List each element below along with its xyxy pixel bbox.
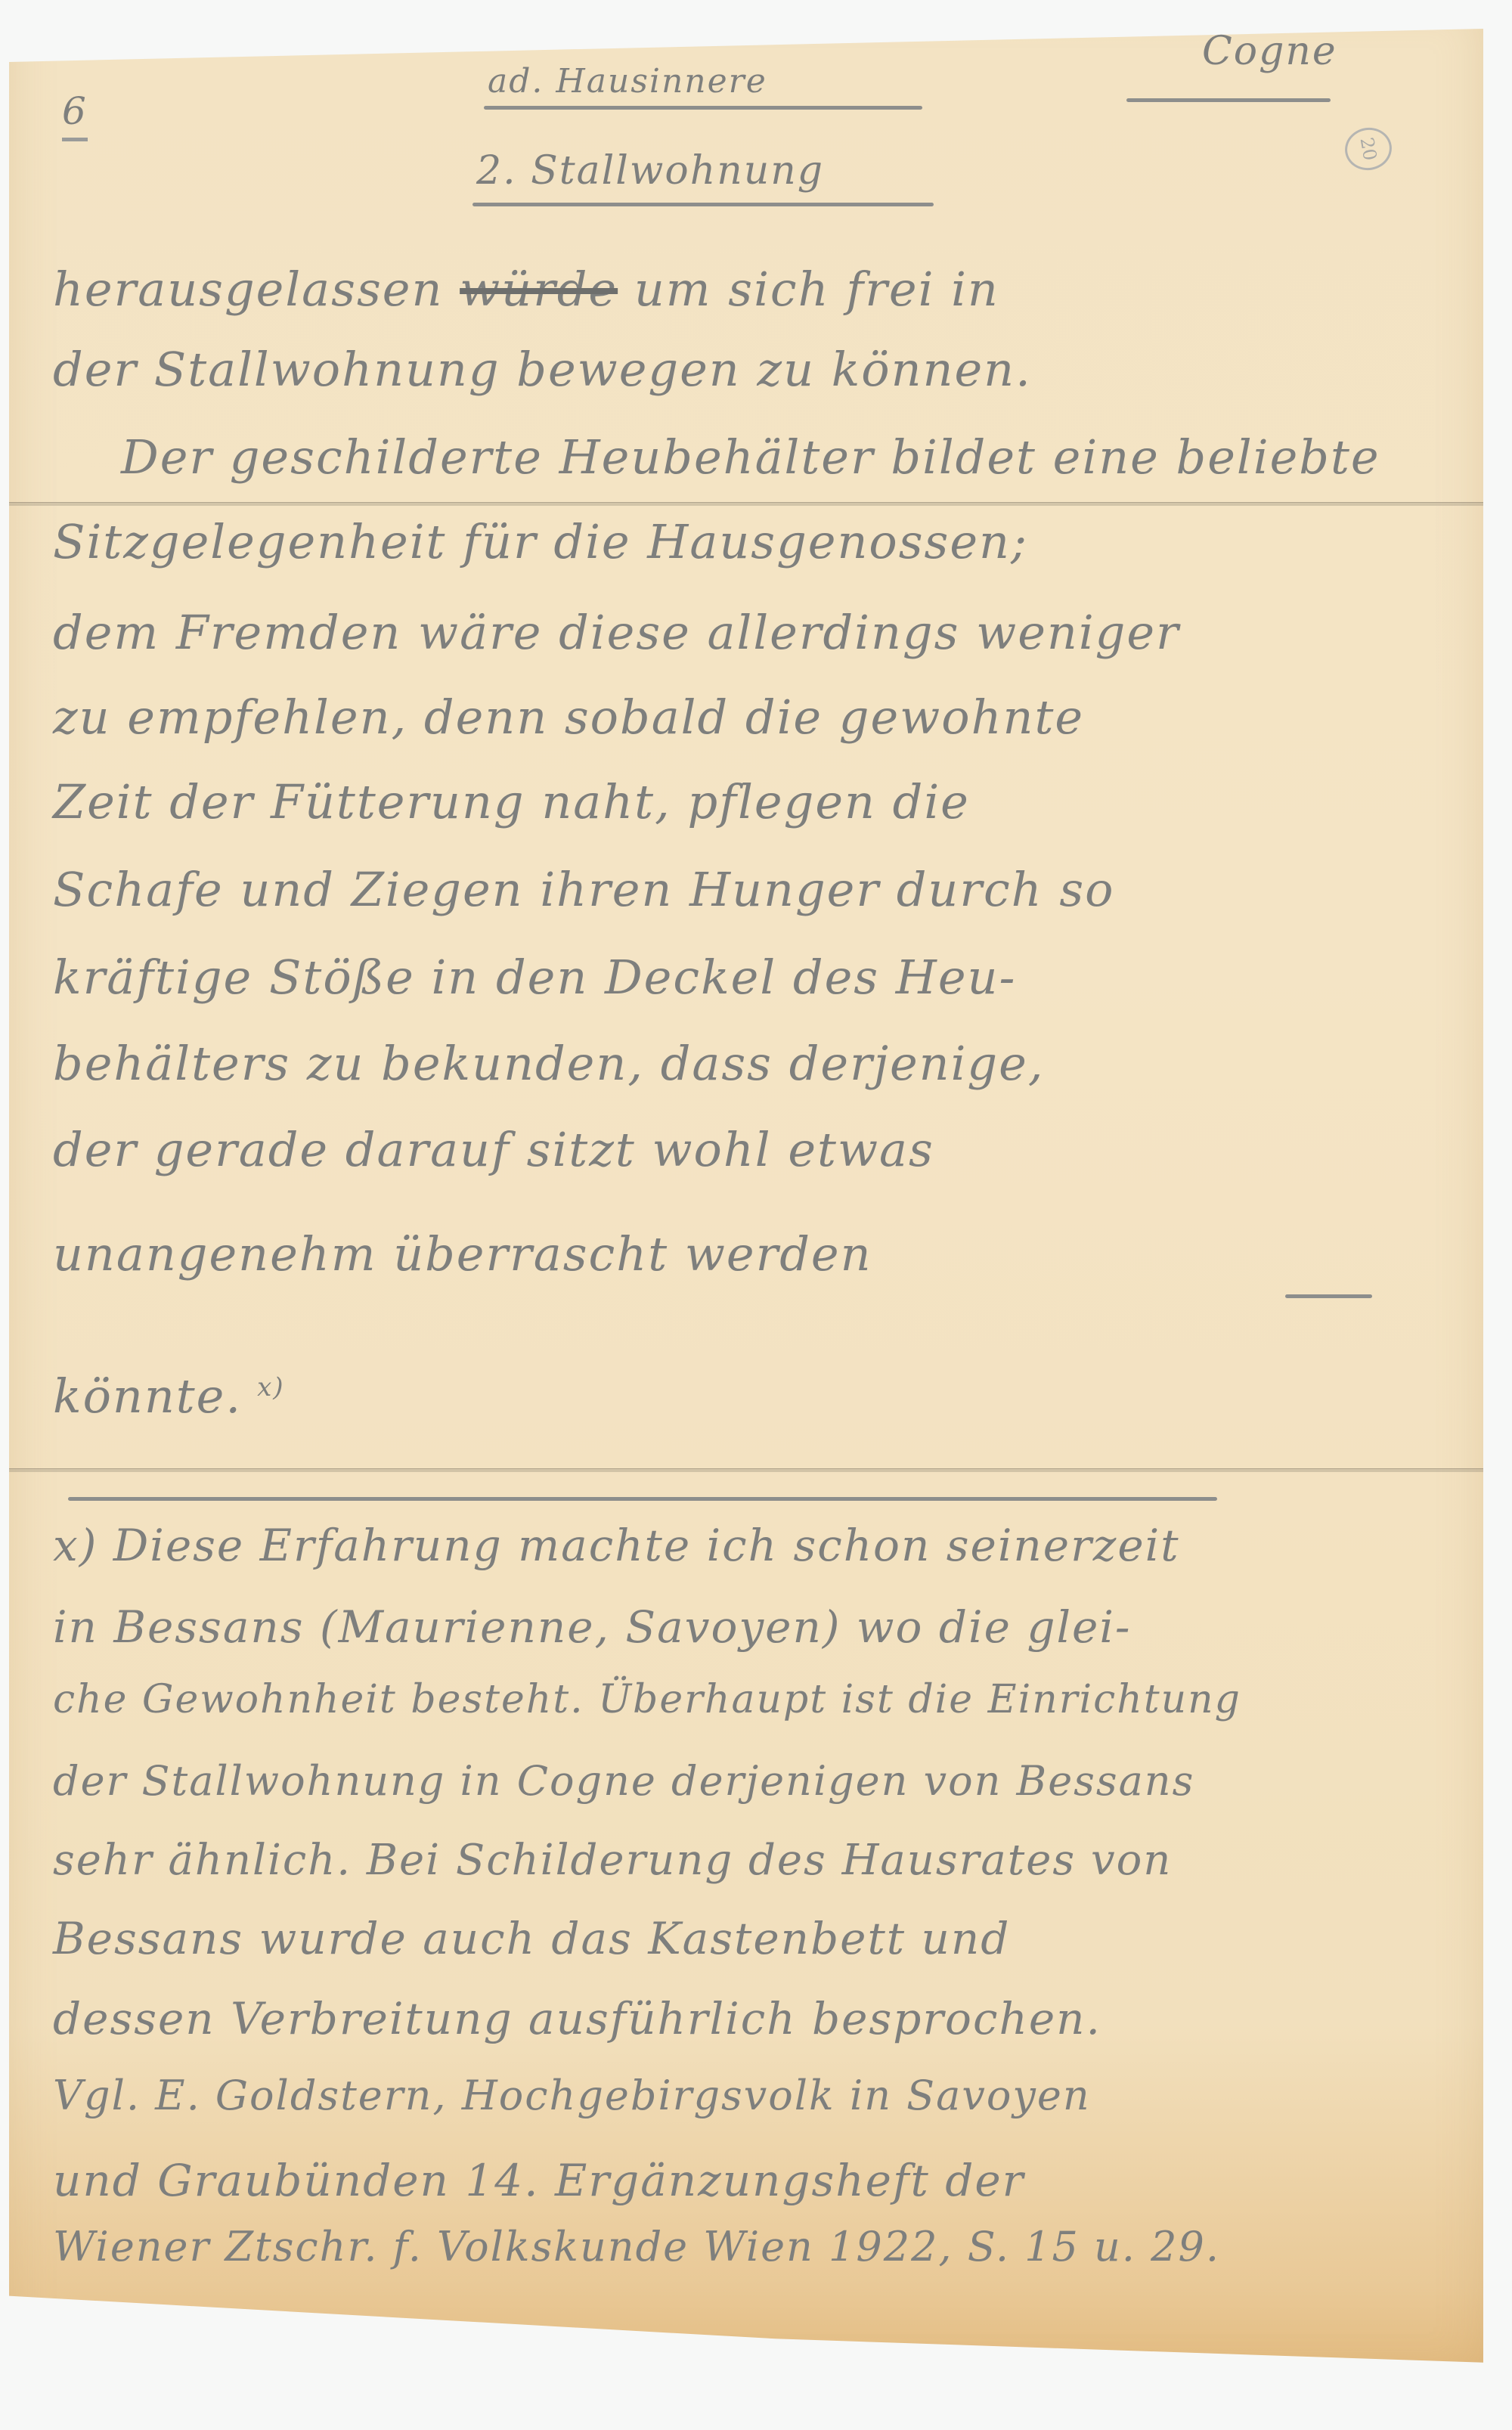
- footnote-marker: x): [257, 1372, 284, 1403]
- body-line-10: behälters zu bekunden, dass derjenige,: [53, 1036, 1045, 1091]
- footnote-line-5: sehr ähnlich. Bei Schilderung des Hausra…: [53, 1836, 1172, 1885]
- footnote-line-6: Bessans wurde auch das Kastenbett und: [53, 1913, 1010, 1964]
- paper-fold-top: [9, 502, 1483, 506]
- footnote-line-7: dessen Verbreitung ausführlich besproche…: [53, 1993, 1101, 2044]
- body-line-3: Der geschilderte Heubehälter bildet eine…: [121, 429, 1380, 485]
- body-line-5: dem Fremden wäre diese allerdings wenige…: [53, 605, 1180, 660]
- body-line-6: zu empfehlen, denn sobald die gewohnte: [53, 690, 1084, 745]
- body-line-2: der Stallwohnung bewegen zu können.: [53, 342, 1032, 397]
- body-line-9: kräftige Stöße in den Deckel des Heu-: [53, 950, 1016, 1005]
- footnote-line-8: Vgl. E. Goldstern, Hochgebirgsvolk in Sa…: [53, 2072, 1091, 2119]
- location-label: Cogne: [1202, 29, 1337, 74]
- footnote-line-3: che Gewohnheit besteht. Überhaupt ist di…: [53, 1677, 1241, 1722]
- body-line-4: Sitzgelegenheit für die Hausgenossen;: [53, 514, 1028, 569]
- subsection-title-underline: [472, 203, 934, 206]
- footnote-line-4: der Stallwohnung in Cogne derjenigen von…: [53, 1757, 1194, 1805]
- paper-fold-bottom: [9, 1468, 1483, 1472]
- location-underline: [1126, 98, 1331, 102]
- footnote-line-1: x) Diese Erfahrung machte ich schon sein…: [53, 1520, 1180, 1571]
- footnote-line-10: Wiener Ztschr. f. Volkskunde Wien 1922, …: [53, 2223, 1220, 2270]
- body-line-13-text: könnte.: [53, 1368, 242, 1424]
- body-line-8: Schafe und Ziegen ihren Hunger durch so: [53, 862, 1114, 917]
- body-line-1-text: herausgelassen: [53, 262, 460, 317]
- page-number: 6: [62, 89, 88, 141]
- subsection-title: 2. Stallwohnung: [476, 148, 824, 194]
- footnote-separator: [68, 1497, 1217, 1501]
- footnote-line-2: in Bessans (Maurienne, Savoyen) wo die g…: [53, 1601, 1132, 1653]
- body-line-1: herausgelassen würde um sich frei in: [53, 262, 999, 317]
- body-line-11: der gerade darauf sitzt wohl etwas: [53, 1122, 934, 1177]
- body-line-1-text-end: um sich frei in: [618, 262, 999, 317]
- line-end-dash: [1285, 1294, 1372, 1298]
- footnote-line-9: und Graubünden 14. Ergänzungsheft der: [53, 2155, 1024, 2206]
- body-line-7: Zeit der Fütterung naht, pflegen die: [53, 774, 970, 829]
- body-line-12: unangenehm überrascht werden: [53, 1226, 872, 1282]
- struck-word: würde: [460, 262, 618, 317]
- section-title-underline: [484, 106, 922, 110]
- body-line-13: könnte.x): [53, 1368, 285, 1424]
- section-title: ad. Hausinnere: [488, 62, 767, 101]
